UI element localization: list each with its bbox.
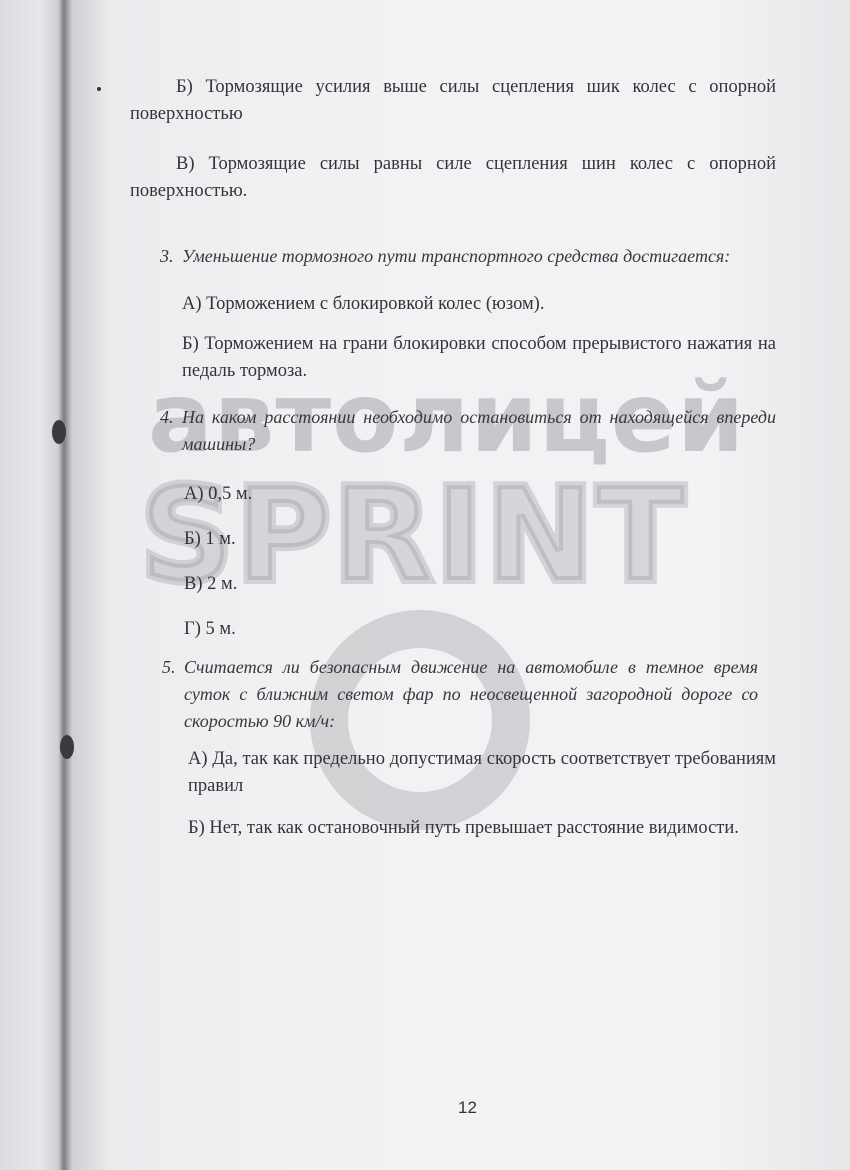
- scanned-page: автолицей SPRINT Б) Тормозящие усилия вы…: [0, 0, 850, 1170]
- q3-option-b: Б) Торможением на грани блокировки спосо…: [182, 331, 776, 385]
- option-text: 5 м.: [205, 619, 235, 639]
- option-letter: В): [184, 574, 203, 594]
- q5-option-b: Б) Нет, так как остановочный путь превыш…: [188, 815, 788, 842]
- option-text: Да, так как предельно допустимая скорост…: [188, 749, 776, 796]
- question-number: 5.: [162, 654, 176, 681]
- q4-option-g: Г) 5 м.: [184, 616, 384, 643]
- question-3: 3. Уменьшение тормозного пути транспортн…: [182, 243, 772, 270]
- question-text: На каком расстоянии необходимо остановит…: [182, 407, 776, 454]
- question-4: 4. На каком расстоянии необходимо остано…: [182, 404, 776, 458]
- option-text: 2 м.: [207, 574, 237, 594]
- option-text: Торможением на грани блокировки способом…: [182, 334, 776, 381]
- option-letter: Б): [188, 818, 205, 838]
- option-letter: А): [184, 484, 204, 504]
- option-letter: Б): [182, 334, 199, 354]
- option-text: Тормозящие усилия выше силы сцепления ши…: [130, 77, 776, 124]
- question-text: Считается ли безопасным движение на авто…: [184, 657, 758, 731]
- option-text: 0,5 м.: [208, 484, 252, 504]
- option-text: Нет, так как остановочный путь превышает…: [209, 818, 738, 838]
- option-letter: А): [188, 749, 208, 769]
- option-fragment-b: Б) Тормозящие усилия выше силы сцепления…: [130, 74, 776, 128]
- q4-option-a: А) 0,5 м.: [184, 481, 384, 508]
- option-text: Тормозящие силы равны силе сцепления шин…: [130, 154, 776, 201]
- option-letter: Б): [176, 77, 193, 97]
- option-text: 1 м.: [205, 529, 235, 549]
- q5-option-a: А) Да, так как предельно допустимая скор…: [188, 746, 776, 800]
- option-letter: Г): [184, 619, 201, 639]
- question-5: 5. Считается ли безопасным движение на а…: [184, 654, 758, 735]
- question-text: Уменьшение тормозного пути транспортного…: [182, 246, 730, 266]
- option-letter: Б): [184, 529, 201, 549]
- option-fragment-v: В) Тормозящие силы равны силе сцепления …: [130, 151, 776, 205]
- q3-option-a: А) Торможением с блокировкой колес (юзом…: [182, 291, 776, 318]
- option-letter: В): [176, 154, 195, 174]
- document-body: Б) Тормозящие усилия выше силы сцепления…: [0, 0, 850, 1170]
- question-number: 3.: [160, 243, 174, 270]
- q4-option-v: В) 2 м.: [184, 571, 384, 598]
- option-letter: А): [182, 294, 202, 314]
- option-text: Торможением с блокировкой колес (юзом).: [206, 294, 544, 314]
- page-number: 12: [458, 1098, 477, 1118]
- q4-option-b: Б) 1 м.: [184, 526, 384, 553]
- question-number: 4.: [160, 404, 174, 431]
